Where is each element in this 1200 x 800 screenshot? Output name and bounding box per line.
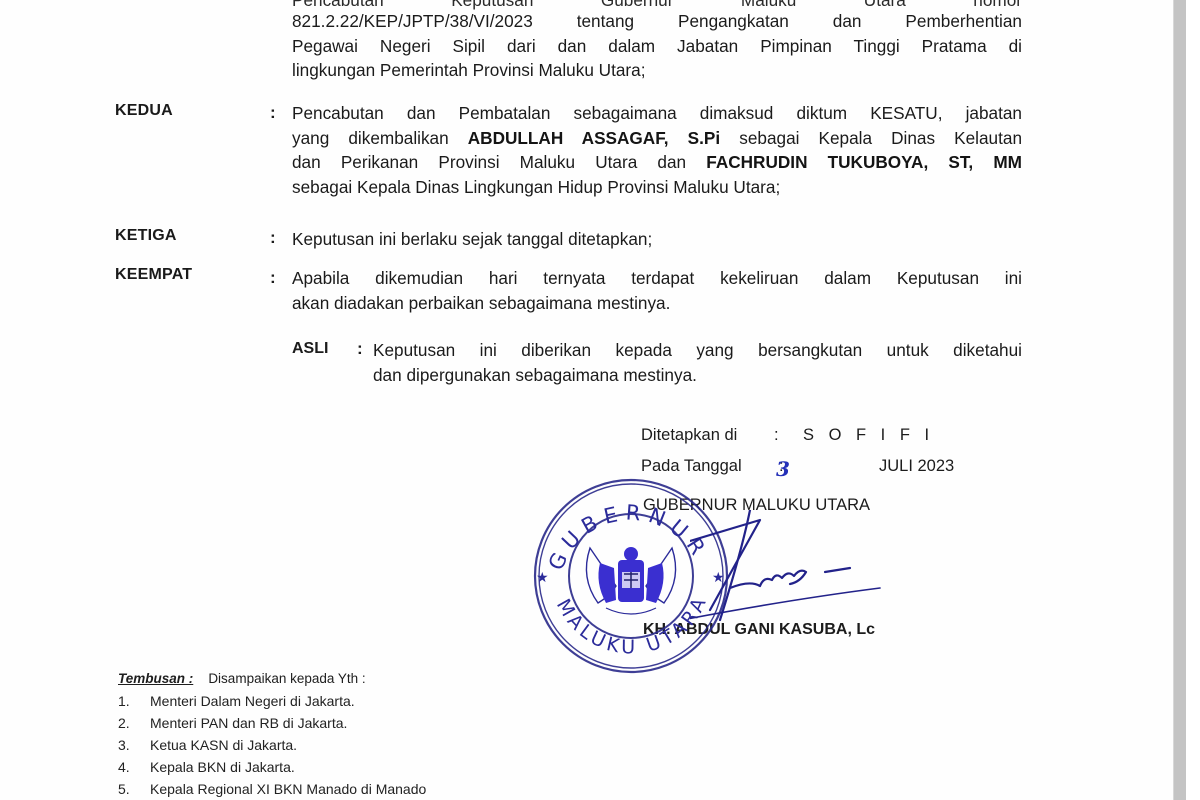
tembusan-header: Tembusan : Disampaikan kepada Yth : xyxy=(118,671,366,686)
diktum-text: akan diadakan perbaikan sebagaimana mest… xyxy=(292,293,670,313)
item-text: Menteri Dalam Negeri di Jakarta. xyxy=(150,693,355,709)
diktum-label-keempat: KEEMPAT xyxy=(115,266,192,284)
diktum-text: Pencabutan dan Pembatalan sebagaimana di… xyxy=(292,103,1022,123)
item-number: 4. xyxy=(118,759,150,775)
asli-body: Keputusan ini diberikan kepada yang bers… xyxy=(373,338,1022,388)
tembusan-label: Tembusan : xyxy=(118,671,193,686)
kesatu-line-3: lingkungan Pemerintah Provinsi Maluku Ut… xyxy=(292,58,1022,83)
diktum-line: dan Perikanan Provinsi Maluku Utara dan … xyxy=(292,150,1022,175)
tembusan-item: 2.Menteri PAN dan RB di Jakarta. xyxy=(118,715,347,731)
place-label: Ditetapkan di xyxy=(641,426,737,445)
date-month-year: JULI 2023 xyxy=(879,457,954,476)
diktum-text: sebagai Kepala Dinas Lingkungan Hidup Pr… xyxy=(292,177,780,197)
diktum-label-ketiga: KETIGA xyxy=(115,227,177,245)
official-name: ABDULLAH ASSAGAF, S.Pi xyxy=(468,128,720,148)
diktum-line: akan diadakan perbaikan sebagaimana mest… xyxy=(292,291,1022,316)
viewer-margin xyxy=(1186,0,1200,800)
tembusan-item: 1.Menteri Dalam Negeri di Jakarta. xyxy=(118,693,355,709)
asli-colon: : xyxy=(357,339,363,359)
item-text: Kepala BKN di Jakarta. xyxy=(150,759,295,775)
kesatu-line-2: Pegawai Negeri Sipil dari dan dalam Jaba… xyxy=(292,34,1022,59)
diktum-colon-keempat: : xyxy=(270,268,276,288)
kesatu-line-1: 821.2.22/KEP/JPTP/38/VI/2023 tentang Pen… xyxy=(292,9,1022,34)
stamp-star-left-icon: ★ xyxy=(536,569,549,585)
item-number: 1. xyxy=(118,693,150,709)
kesatu-continuation: 821.2.22/KEP/JPTP/38/VI/2023 tentang Pen… xyxy=(292,9,1022,83)
handwritten-signature xyxy=(690,510,890,630)
diktum-text: dan Perikanan Provinsi Maluku Utara dan xyxy=(292,152,706,172)
item-number: 2. xyxy=(118,715,150,731)
tembusan-item: 4.Kepala BKN di Jakarta. xyxy=(118,759,295,775)
diktum-line: Pencabutan dan Pembatalan sebagaimana di… xyxy=(292,101,1022,126)
official-name: FACHRUDIN TUKUBOYA, ST, MM xyxy=(706,152,1022,172)
diktum-body-keempat: Apabila dikemudian hari ternyata terdapa… xyxy=(292,266,1022,315)
diktum-colon-ketiga: : xyxy=(270,228,276,248)
diktum-text: Apabila dikemudian hari ternyata terdapa… xyxy=(292,268,1022,288)
diktum-body-kedua: Pencabutan dan Pembatalan sebagaimana di… xyxy=(292,101,1022,199)
diktum-line: yang dikembalikan ABDULLAH ASSAGAF, S.Pi… xyxy=(292,126,1022,151)
asli-label: ASLI xyxy=(292,340,328,358)
place-separator: : xyxy=(774,426,779,445)
diktum-line: Keputusan ini berlaku sejak tanggal dite… xyxy=(292,227,1022,252)
tembusan-item: 3.Ketua KASN di Jakarta. xyxy=(118,737,297,753)
handwritten-day: 3 xyxy=(776,457,790,481)
place-value: S O F I F I xyxy=(803,426,934,445)
diktum-line: sebagai Kepala Dinas Lingkungan Hidup Pr… xyxy=(292,175,1022,200)
diktum-text: sebagai Kepala Dinas Kelautan xyxy=(720,128,1022,148)
viewer-scrollbar[interactable] xyxy=(1173,0,1187,800)
garuda-emblem-icon xyxy=(586,547,675,614)
item-text: Menteri PAN dan RB di Jakarta. xyxy=(150,715,347,731)
diktum-text: Keputusan ini berlaku sejak tanggal dite… xyxy=(292,229,652,249)
document-page: Pencabutan Keputusan Gubernur Maluku Uta… xyxy=(0,0,1173,800)
diktum-text: yang dikembalikan xyxy=(292,128,468,148)
item-text: Kepala Regional XI BKN Manado di Manado xyxy=(150,781,426,797)
asli-line-1: Keputusan ini diberikan kepada yang bers… xyxy=(373,338,1022,363)
item-number: 3. xyxy=(118,737,150,753)
diktum-colon-kedua: : xyxy=(270,103,276,123)
tembusan-item: 5.Kepala Regional XI BKN Manado di Manad… xyxy=(118,781,426,797)
diktum-body-ketiga: Keputusan ini berlaku sejak tanggal dite… xyxy=(292,227,1022,252)
item-text: Ketua KASN di Jakarta. xyxy=(150,737,297,753)
asli-line-2: dan dipergunakan sebagaimana mestinya. xyxy=(373,363,1022,388)
diktum-line: Apabila dikemudian hari ternyata terdapa… xyxy=(292,266,1022,291)
tembusan-intro: Disampaikan kepada Yth : xyxy=(208,671,365,686)
item-number: 5. xyxy=(118,781,150,797)
diktum-label-kedua: KEDUA xyxy=(115,102,173,120)
